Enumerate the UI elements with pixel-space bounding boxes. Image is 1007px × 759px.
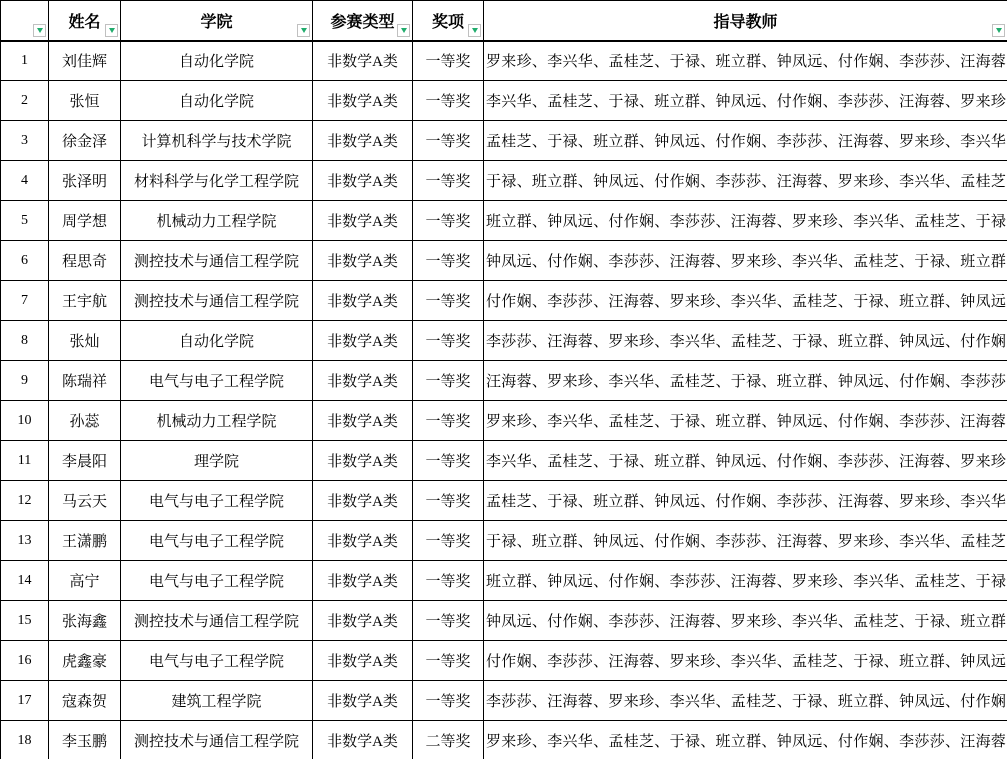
cell-award[interactable]: 一等奖: [413, 321, 484, 361]
cell-type[interactable]: 非数学A类: [313, 241, 413, 281]
cell-award[interactable]: 一等奖: [413, 561, 484, 601]
cell-type[interactable]: 非数学A类: [313, 161, 413, 201]
filter-button-name[interactable]: [105, 24, 118, 37]
cell-type[interactable]: 非数学A类: [313, 321, 413, 361]
table-row: 12 马云天 电气与电子工程学院 非数学A类 一等奖 孟桂芝、于禄、班立群、钟凤…: [1, 481, 1007, 521]
cell-college[interactable]: 建筑工程学院: [121, 681, 313, 721]
cell-name[interactable]: 虎鑫豪: [49, 641, 121, 681]
cell-type[interactable]: 非数学A类: [313, 361, 413, 401]
awards-table: 姓名 学院 参赛类型 奖项 指导教师 1 刘佳辉 自动化学院: [0, 0, 1007, 759]
cell-award[interactable]: 一等奖: [413, 401, 484, 441]
cell-teachers[interactable]: 李莎莎、汪海蓉、罗来珍、李兴华、孟桂芝、于禄、班立群、钟凤远、付作娴: [484, 681, 1007, 721]
cell-college[interactable]: 电气与电子工程学院: [121, 641, 313, 681]
cell-name[interactable]: 李晨阳: [49, 441, 121, 481]
cell-college[interactable]: 电气与电子工程学院: [121, 521, 313, 561]
cell-teachers[interactable]: 钟凤远、付作娴、李莎莎、汪海蓉、罗来珍、李兴华、孟桂芝、于禄、班立群: [484, 241, 1007, 281]
filter-dropdown-icon: [301, 28, 307, 33]
cell-type[interactable]: 非数学A类: [313, 81, 413, 121]
column-header-college[interactable]: 学院: [121, 1, 313, 41]
cell-teachers[interactable]: 罗来珍、李兴华、孟桂芝、于禄、班立群、钟凤远、付作娴、李莎莎、汪海蓉: [484, 721, 1007, 759]
table-row: 5 周学想 机械动力工程学院 非数学A类 一等奖 班立群、钟凤远、付作娴、李莎莎…: [1, 201, 1007, 241]
table-row: 4 张泽明 材料科学与化学工程学院 非数学A类 一等奖 于禄、班立群、钟凤远、付…: [1, 161, 1007, 201]
table-row: 7 王宇航 测控技术与通信工程学院 非数学A类 一等奖 付作娴、李莎莎、汪海蓉、…: [1, 281, 1007, 321]
cell-rownum[interactable]: 2: [1, 81, 49, 121]
cell-name[interactable]: 陈瑞祥: [49, 361, 121, 401]
cell-award[interactable]: 一等奖: [413, 641, 484, 681]
cell-rownum[interactable]: 12: [1, 481, 49, 521]
cell-college[interactable]: 电气与电子工程学院: [121, 361, 313, 401]
cell-rownum[interactable]: 5: [1, 201, 49, 241]
table-row: 6 程思奇 测控技术与通信工程学院 非数学A类 一等奖 钟凤远、付作娴、李莎莎、…: [1, 241, 1007, 281]
cell-rownum[interactable]: 16: [1, 641, 49, 681]
cell-name[interactable]: 刘佳辉: [49, 41, 121, 81]
cell-type[interactable]: 非数学A类: [313, 561, 413, 601]
cell-name[interactable]: 周学想: [49, 201, 121, 241]
column-header-award-label: 奖项: [432, 14, 464, 31]
cell-teachers[interactable]: 付作娴、李莎莎、汪海蓉、罗来珍、李兴华、孟桂芝、于禄、班立群、钟凤远: [484, 641, 1007, 681]
cell-teachers[interactable]: 孟桂芝、于禄、班立群、钟凤远、付作娴、李莎莎、汪海蓉、罗来珍、李兴华: [484, 121, 1007, 161]
filter-dropdown-icon: [472, 28, 478, 33]
cell-award[interactable]: 一等奖: [413, 481, 484, 521]
cell-teachers[interactable]: 于禄、班立群、钟凤远、付作娴、李莎莎、汪海蓉、罗来珍、李兴华、孟桂芝: [484, 521, 1007, 561]
cell-rownum[interactable]: 14: [1, 561, 49, 601]
cell-rownum[interactable]: 10: [1, 401, 49, 441]
cell-college[interactable]: 测控技术与通信工程学院: [121, 281, 313, 321]
filter-dropdown-icon: [996, 28, 1002, 33]
cell-college[interactable]: 机械动力工程学院: [121, 401, 313, 441]
table-row: 8 张灿 自动化学院 非数学A类 一等奖 李莎莎、汪海蓉、罗来珍、李兴华、孟桂芝…: [1, 321, 1007, 361]
cell-rownum[interactable]: 13: [1, 521, 49, 561]
cell-type[interactable]: 非数学A类: [313, 641, 413, 681]
filter-button-teachers[interactable]: [992, 24, 1005, 37]
cell-type[interactable]: 非数学A类: [313, 681, 413, 721]
cell-name[interactable]: 王潇鹏: [49, 521, 121, 561]
cell-award[interactable]: 一等奖: [413, 361, 484, 401]
table-row: 14 高宁 电气与电子工程学院 非数学A类 一等奖 班立群、钟凤远、付作娴、李莎…: [1, 561, 1007, 601]
cell-rownum[interactable]: 3: [1, 121, 49, 161]
table-row: 15 张海鑫 测控技术与通信工程学院 非数学A类 一等奖 钟凤远、付作娴、李莎莎…: [1, 601, 1007, 641]
cell-award[interactable]: 一等奖: [413, 121, 484, 161]
column-header-name-label: 姓名: [68, 14, 100, 31]
cell-teachers[interactable]: 于禄、班立群、钟凤远、付作娴、李莎莎、汪海蓉、罗来珍、李兴华、孟桂芝: [484, 161, 1007, 201]
cell-name[interactable]: 张灿: [49, 321, 121, 361]
cell-name[interactable]: 高宁: [49, 561, 121, 601]
cell-type[interactable]: 非数学A类: [313, 601, 413, 641]
cell-college[interactable]: 测控技术与通信工程学院: [121, 721, 313, 759]
column-header-college-label: 学院: [200, 14, 232, 31]
cell-teachers[interactable]: 孟桂芝、于禄、班立群、钟凤远、付作娴、李莎莎、汪海蓉、罗来珍、李兴华: [484, 481, 1007, 521]
column-header-name[interactable]: 姓名: [49, 1, 121, 41]
column-header-teachers-label: 指导教师: [713, 14, 777, 31]
cell-rownum[interactable]: 6: [1, 241, 49, 281]
cell-type[interactable]: 非数学A类: [313, 441, 413, 481]
cell-award[interactable]: 一等奖: [413, 681, 484, 721]
header-row: 姓名 学院 参赛类型 奖项 指导教师: [1, 1, 1007, 41]
cell-teachers[interactable]: 汪海蓉、罗来珍、李兴华、孟桂芝、于禄、班立群、钟凤远、付作娴、李莎莎: [484, 361, 1007, 401]
cell-rownum[interactable]: 17: [1, 681, 49, 721]
table-row: 18 李玉鹏 测控技术与通信工程学院 非数学A类 二等奖 罗来珍、李兴华、孟桂芝…: [1, 721, 1007, 759]
filter-button-type[interactable]: [397, 24, 410, 37]
column-header-rownum[interactable]: [1, 1, 49, 41]
cell-name[interactable]: 李玉鹏: [49, 721, 121, 759]
table-row: 2 张恒 自动化学院 非数学A类 一等奖 李兴华、孟桂芝、于禄、班立群、钟凤远、…: [1, 81, 1007, 121]
column-header-teachers[interactable]: 指导教师: [484, 1, 1007, 41]
cell-rownum[interactable]: 4: [1, 161, 49, 201]
filter-button-college[interactable]: [297, 24, 310, 37]
cell-type[interactable]: 非数学A类: [313, 41, 413, 81]
column-header-type[interactable]: 参赛类型: [313, 1, 413, 41]
cell-type[interactable]: 非数学A类: [313, 521, 413, 561]
cell-rownum[interactable]: 18: [1, 721, 49, 759]
cell-rownum[interactable]: 1: [1, 41, 49, 81]
cell-teachers[interactable]: 李莎莎、汪海蓉、罗来珍、李兴华、孟桂芝、于禄、班立群、钟凤远、付作娴: [484, 321, 1007, 361]
filter-dropdown-icon: [401, 28, 407, 33]
cell-teachers[interactable]: 班立群、钟凤远、付作娴、李莎莎、汪海蓉、罗来珍、李兴华、孟桂芝、于禄: [484, 561, 1007, 601]
cell-award[interactable]: 二等奖: [413, 721, 484, 759]
cell-teachers[interactable]: 罗来珍、李兴华、孟桂芝、于禄、班立群、钟凤远、付作娴、李莎莎、汪海蓉: [484, 41, 1007, 81]
cell-college[interactable]: 测控技术与通信工程学院: [121, 601, 313, 641]
filter-button-award[interactable]: [468, 24, 481, 37]
table-body: 1 刘佳辉 自动化学院 非数学A类 一等奖 罗来珍、李兴华、孟桂芝、于禄、班立群…: [1, 41, 1007, 759]
cell-college[interactable]: 机械动力工程学院: [121, 201, 313, 241]
cell-award[interactable]: 一等奖: [413, 521, 484, 561]
cell-college[interactable]: 自动化学院: [121, 81, 313, 121]
cell-type[interactable]: 非数学A类: [313, 281, 413, 321]
table-row: 9 陈瑞祥 电气与电子工程学院 非数学A类 一等奖 汪海蓉、罗来珍、李兴华、孟桂…: [1, 361, 1007, 401]
cell-name[interactable]: 马云天: [49, 481, 121, 521]
cell-teachers[interactable]: 罗来珍、李兴华、孟桂芝、于禄、班立群、钟凤远、付作娴、李莎莎、汪海蓉: [484, 401, 1007, 441]
column-header-award[interactable]: 奖项: [413, 1, 484, 41]
table-row: 16 虎鑫豪 电气与电子工程学院 非数学A类 一等奖 付作娴、李莎莎、汪海蓉、罗…: [1, 641, 1007, 681]
cell-award[interactable]: 一等奖: [413, 281, 484, 321]
cell-name[interactable]: 王宇航: [49, 281, 121, 321]
cell-type[interactable]: 非数学A类: [313, 481, 413, 521]
cell-name[interactable]: 寇森贺: [49, 681, 121, 721]
column-header-type-label: 参赛类型: [330, 14, 394, 31]
cell-name[interactable]: 张恒: [49, 81, 121, 121]
filter-button-rownum[interactable]: [33, 24, 46, 37]
filter-dropdown-icon: [109, 28, 115, 33]
cell-rownum[interactable]: 11: [1, 441, 49, 481]
cell-college[interactable]: 自动化学院: [121, 41, 313, 81]
cell-award[interactable]: 一等奖: [413, 161, 484, 201]
cell-teachers[interactable]: 钟凤远、付作娴、李莎莎、汪海蓉、罗来珍、李兴华、孟桂芝、于禄、班立群: [484, 601, 1007, 641]
cell-type[interactable]: 非数学A类: [313, 401, 413, 441]
cell-college[interactable]: 电气与电子工程学院: [121, 481, 313, 521]
cell-rownum[interactable]: 9: [1, 361, 49, 401]
cell-rownum[interactable]: 7: [1, 281, 49, 321]
cell-name[interactable]: 徐金泽: [49, 121, 121, 161]
cell-rownum[interactable]: 15: [1, 601, 49, 641]
table-row: 13 王潇鹏 电气与电子工程学院 非数学A类 一等奖 于禄、班立群、钟凤远、付作…: [1, 521, 1007, 561]
cell-award[interactable]: 一等奖: [413, 441, 484, 481]
filter-dropdown-icon: [37, 28, 43, 33]
cell-college[interactable]: 计算机科学与技术学院: [121, 121, 313, 161]
cell-rownum[interactable]: 8: [1, 321, 49, 361]
cell-name[interactable]: 孙蕊: [49, 401, 121, 441]
cell-teachers[interactable]: 李兴华、孟桂芝、于禄、班立群、钟凤远、付作娴、李莎莎、汪海蓉、罗来珍: [484, 441, 1007, 481]
table-row: 10 孙蕊 机械动力工程学院 非数学A类 一等奖 罗来珍、李兴华、孟桂芝、于禄、…: [1, 401, 1007, 441]
table-row: 11 李晨阳 理学院 非数学A类 一等奖 李兴华、孟桂芝、于禄、班立群、钟凤远、…: [1, 441, 1007, 481]
table-row: 3 徐金泽 计算机科学与技术学院 非数学A类 一等奖 孟桂芝、于禄、班立群、钟凤…: [1, 121, 1007, 161]
cell-name[interactable]: 张海鑫: [49, 601, 121, 641]
cell-teachers[interactable]: 付作娴、李莎莎、汪海蓉、罗来珍、李兴华、孟桂芝、于禄、班立群、钟凤远: [484, 281, 1007, 321]
cell-award[interactable]: 一等奖: [413, 241, 484, 281]
cell-award[interactable]: 一等奖: [413, 81, 484, 121]
cell-college[interactable]: 材料科学与化学工程学院: [121, 161, 313, 201]
cell-teachers[interactable]: 班立群、钟凤远、付作娴、李莎莎、汪海蓉、罗来珍、李兴华、孟桂芝、于禄: [484, 201, 1007, 241]
cell-award[interactable]: 一等奖: [413, 41, 484, 81]
cell-college[interactable]: 电气与电子工程学院: [121, 561, 313, 601]
cell-name[interactable]: 张泽明: [49, 161, 121, 201]
table-row: 17 寇森贺 建筑工程学院 非数学A类 一等奖 李莎莎、汪海蓉、罗来珍、李兴华、…: [1, 681, 1007, 721]
cell-teachers[interactable]: 李兴华、孟桂芝、于禄、班立群、钟凤远、付作娴、李莎莎、汪海蓉、罗来珍: [484, 81, 1007, 121]
cell-award[interactable]: 一等奖: [413, 201, 484, 241]
cell-type[interactable]: 非数学A类: [313, 201, 413, 241]
table-row: 1 刘佳辉 自动化学院 非数学A类 一等奖 罗来珍、李兴华、孟桂芝、于禄、班立群…: [1, 41, 1007, 81]
cell-name[interactable]: 程思奇: [49, 241, 121, 281]
cell-college[interactable]: 理学院: [121, 441, 313, 481]
cell-college[interactable]: 自动化学院: [121, 321, 313, 361]
cell-college[interactable]: 测控技术与通信工程学院: [121, 241, 313, 281]
cell-award[interactable]: 一等奖: [413, 601, 484, 641]
cell-type[interactable]: 非数学A类: [313, 121, 413, 161]
cell-type[interactable]: 非数学A类: [313, 721, 413, 759]
